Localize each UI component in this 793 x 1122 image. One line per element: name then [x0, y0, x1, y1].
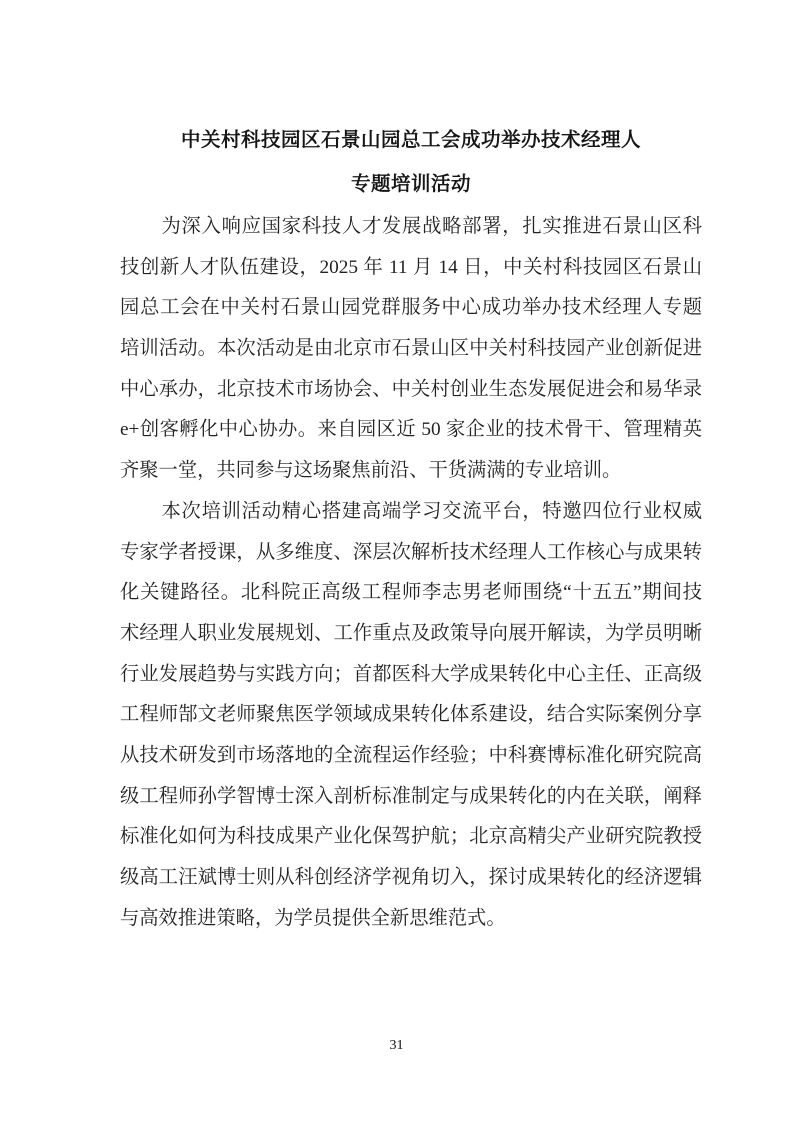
paragraph-2: 本次培训活动精心搭建高端学习交流平台，特邀四位行业权威 专家学者授课，从多维度、…	[120, 492, 702, 940]
text-line: 工程师郜文老师聚焦医学领域成果转化体系建设，结合实际案例分享	[120, 695, 702, 736]
text-line: 术经理人职业发展规划、工作重点及政策导向展开解读，为学员明晰	[120, 614, 702, 655]
paragraph-1: 为深入响应国家科技人才发展战略部署，扎实推进石景山区科 技创新人才队伍建设，20…	[120, 207, 702, 492]
text-line: 培训活动。本次活动是由北京市石景山区中关村科技园产业创新促进	[120, 329, 702, 370]
document-page: 中关村科技园区石景山园总工会成功举办技术经理人 专题培训活动 为深入响应国家科技…	[0, 0, 793, 1122]
text-line: 为深入响应国家科技人才发展战略部署，扎实推进石景山区科	[120, 207, 702, 248]
text-line: 本次培训活动精心搭建高端学习交流平台，特邀四位行业权威	[120, 492, 702, 533]
text-line: 齐聚一堂，共同参与这场聚焦前沿、干货满满的专业培训。	[120, 451, 702, 492]
text-line: e+创客孵化中心协办。来自园区近 50 家企业的技术骨干、管理精英	[120, 410, 702, 451]
document-content: 中关村科技园区石景山园总工会成功举办技术经理人 专题培训活动 为深入响应国家科技…	[120, 119, 702, 939]
text-line: 专家学者授课，从多维度、深层次解析技术经理人工作核心与成果转	[120, 533, 702, 574]
text-line: 中心承办，北京技术市场协会、中关村创业生态发展促进会和易华录	[120, 370, 702, 411]
doc-title-line-2: 专题培训活动	[120, 163, 702, 207]
page-number: 31	[0, 1038, 793, 1054]
text-line: 级高工汪斌博士则从科创经济学视角切入，探讨成果转化的经济逻辑	[120, 858, 702, 899]
text-line: 级工程师孙学智博士深入剖析标准制定与成果转化的内在关联，阐释	[120, 777, 702, 818]
text-line: 标准化如何为科技成果产业化保驾护航；北京高精尖产业研究院教授	[120, 817, 702, 858]
text-line: 与高效推进策略，为学员提供全新思维范式。	[120, 899, 702, 940]
text-line: 化关键路径。北科院正高级工程师李志男老师围绕“十五五”期间技	[120, 573, 702, 614]
text-line: 行业发展趋势与实践方向；首都医科大学成果转化中心主任、正高级	[120, 655, 702, 696]
text-line: 技创新人才队伍建设，2025 年 11 月 14 日，中关村科技园区石景山	[120, 248, 702, 289]
doc-title-line-1: 中关村科技园区石景山园总工会成功举办技术经理人	[120, 119, 702, 163]
text-line: 园总工会在中关村石景山园党群服务中心成功举办技术经理人专题	[120, 288, 702, 329]
text-line: 从技术研发到市场落地的全流程运作经验；中科赛博标准化研究院高	[120, 736, 702, 777]
